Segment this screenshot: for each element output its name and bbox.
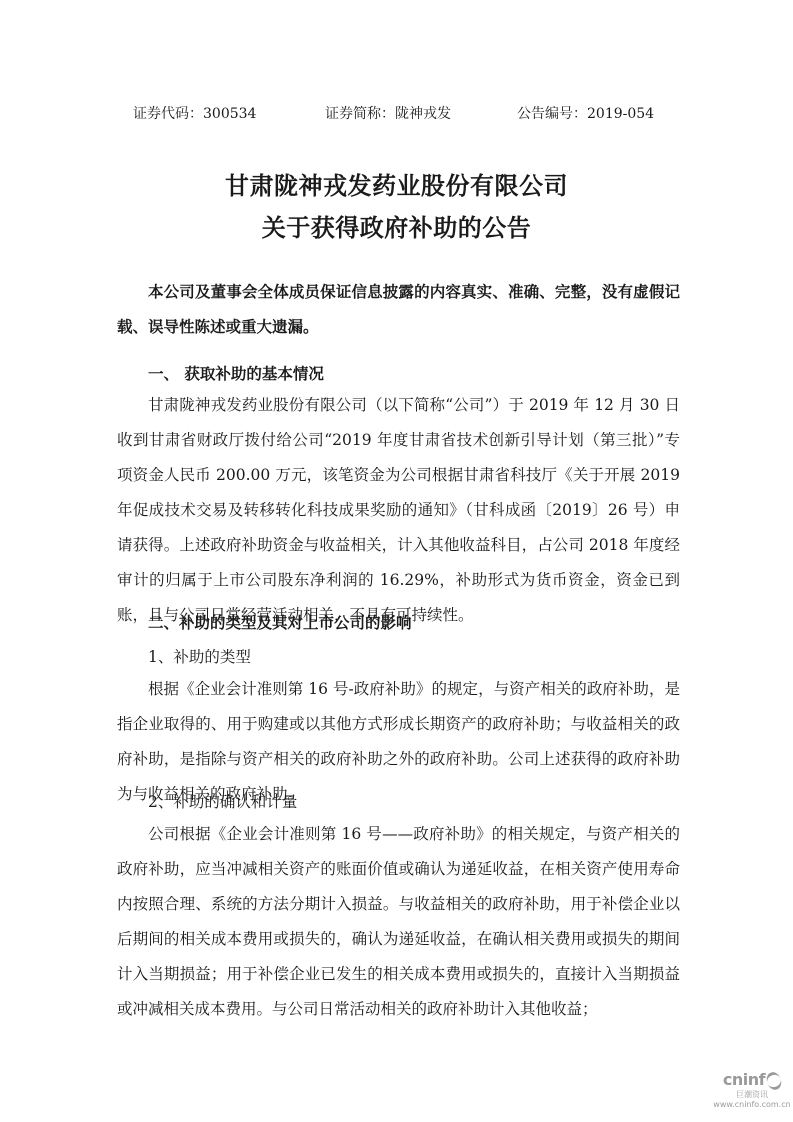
cninfo-watermark: cninf 巨潮资讯 www.cninfo.com.cn (712, 1070, 792, 1110)
announcement-header: 证券代码：300534 证券简称：陇神戎发 公告编号：2019-054 (0, 103, 793, 125)
company-title: 甘肃陇神戎发药业股份有限公司 (0, 166, 793, 201)
cninfo-logo: cninf (712, 1070, 792, 1090)
disclaimer-statement: 本公司及董事会全体成员保证信息披露的内容真实、准确、完整，没有虚假记载、误导性陈… (117, 275, 680, 345)
subsection-1-title: 1、补助的类型 (148, 640, 251, 675)
cninfo-chinese-name: 巨潮资讯 (712, 1090, 792, 1100)
cninfo-url: www.cninfo.com.cn (712, 1100, 792, 1110)
section-1-heading: 一、 获取补助的基本情况 (148, 357, 324, 392)
cninfo-swirl-icon (764, 1070, 783, 1092)
section-1-body: 甘肃陇神戎发药业股份有限公司（以下简称“公司”）于 2019 年 12 月 30… (117, 388, 680, 633)
subsection-2-title: 2、补助的确认和计量 (148, 785, 297, 820)
stock-code: 证券代码：300534 (133, 103, 256, 123)
section-2-heading: 二、补助的类型及其对上市公司的影响 (148, 606, 412, 641)
announcement-number: 公告编号：2019-054 (517, 103, 654, 123)
subsection-2-body: 公司根据《企业会计准则第 16 号——政府补助》的相关规定，与资产相关的政府补助… (117, 817, 680, 1027)
announcement-title: 关于获得政府补助的公告 (0, 208, 793, 243)
stock-name: 证券简称：陇神戎发 (325, 103, 451, 123)
